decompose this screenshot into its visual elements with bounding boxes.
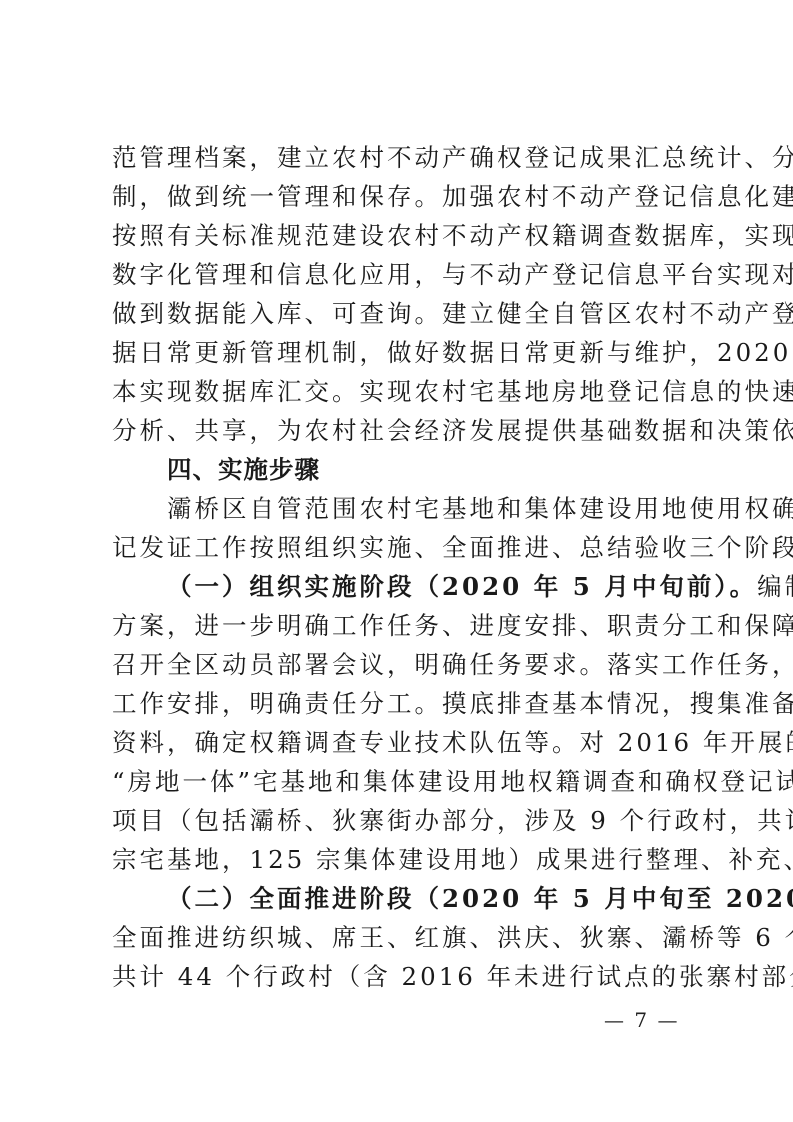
paragraph-implementation-intro: 灞桥区自管范围农村宅基地和集体建设用地使用权确权登 记发证工作按照组织实施、全面… [112,489,694,567]
text-line: 资料，确定权籍调查专业技术队伍等。对 2016 年开展的灞桥区 [112,723,694,762]
text-line: 召开全区动员部署会议，明确任务要求。落实工作任务，细化 [112,645,694,684]
text-line: 本实现数据库汇交。实现农村宅基地房地登记信息的快速统计、 [112,372,694,411]
document-page: 范管理档案，建立农村不动产确权登记成果汇总统计、分析机 制，做到统一管理和保存。… [112,138,694,996]
text-line: “房地一体”宅基地和集体建设用地权籍调查和确权登记试点 [112,762,694,801]
text-line: 共计 44 个行政村（含 2016 年未进行试点的张寨村部分）“房地 [112,957,694,996]
text-line: 数字化管理和信息化应用，与不动产登记信息平台实现对接， [112,255,694,294]
subsection-heading: （一）组织实施阶段（2020 年 5 月中旬前）。 [167,572,757,601]
text-line: 宗宅基地，125 宗集体建设用地）成果进行整理、补充、完善。 [112,840,694,879]
page-number: — 7 — [604,1008,679,1032]
text-line: 灞桥区自管范围农村宅基地和集体建设用地使用权确权登 [112,489,694,528]
subsection-heading: （二）全面推进阶段（2020 年 5 月中旬至 2020 年 11 月）。 [167,884,793,913]
text-line: 记发证工作按照组织实施、全面推进、总结验收三个阶段进行。 [112,528,694,567]
text-line: （一）组织实施阶段（2020 年 5 月中旬前）。编制工作实施 [112,567,694,606]
paragraph-stage-two: （二）全面推进阶段（2020 年 5 月中旬至 2020 年 11 月）。 全面… [112,879,694,996]
text-line: 按照有关标准规范建设农村不动产权籍调查数据库，实现成果 [112,216,694,255]
text-line: 做到数据能入库、可查询。建立健全自管区农村不动产登记数 [112,294,694,333]
paragraph-data-management: 范管理档案，建立农村不动产确权登记成果汇总统计、分析机 制，做到统一管理和保存。… [112,138,694,450]
text-line: 据日常更新管理机制，做好数据日常更新与维护，2020 年底基 [112,333,694,372]
section-heading: 四、实施步骤 [112,450,694,489]
text-line: 项目（包括灞桥、狄寨街办部分，涉及 9 个行政村，共计约 6372 [112,801,694,840]
text-line: 工作安排，明确责任分工。摸底排查基本情况，搜集准备有关 [112,684,694,723]
text-line: 方案，进一步明确工作任务、进度安排、职责分工和保障措施。 [112,606,694,645]
text-line: （二）全面推进阶段（2020 年 5 月中旬至 2020 年 11 月）。 [112,879,694,918]
text-line: 分析、共享，为农村社会经济发展提供基础数据和决策依据。 [112,411,694,450]
paragraph-stage-one: （一）组织实施阶段（2020 年 5 月中旬前）。编制工作实施 方案，进一步明确… [112,567,694,879]
text-line: 制，做到统一管理和保存。加强农村不动产登记信息化建设， [112,177,694,216]
text-run: 编制工作实施 [757,572,793,601]
text-line: 全面推进纺织城、席王、红旗、洪庆、狄寨、灞桥等 6 个街道， [112,918,694,957]
text-line: 范管理档案，建立农村不动产确权登记成果汇总统计、分析机 [112,138,694,177]
